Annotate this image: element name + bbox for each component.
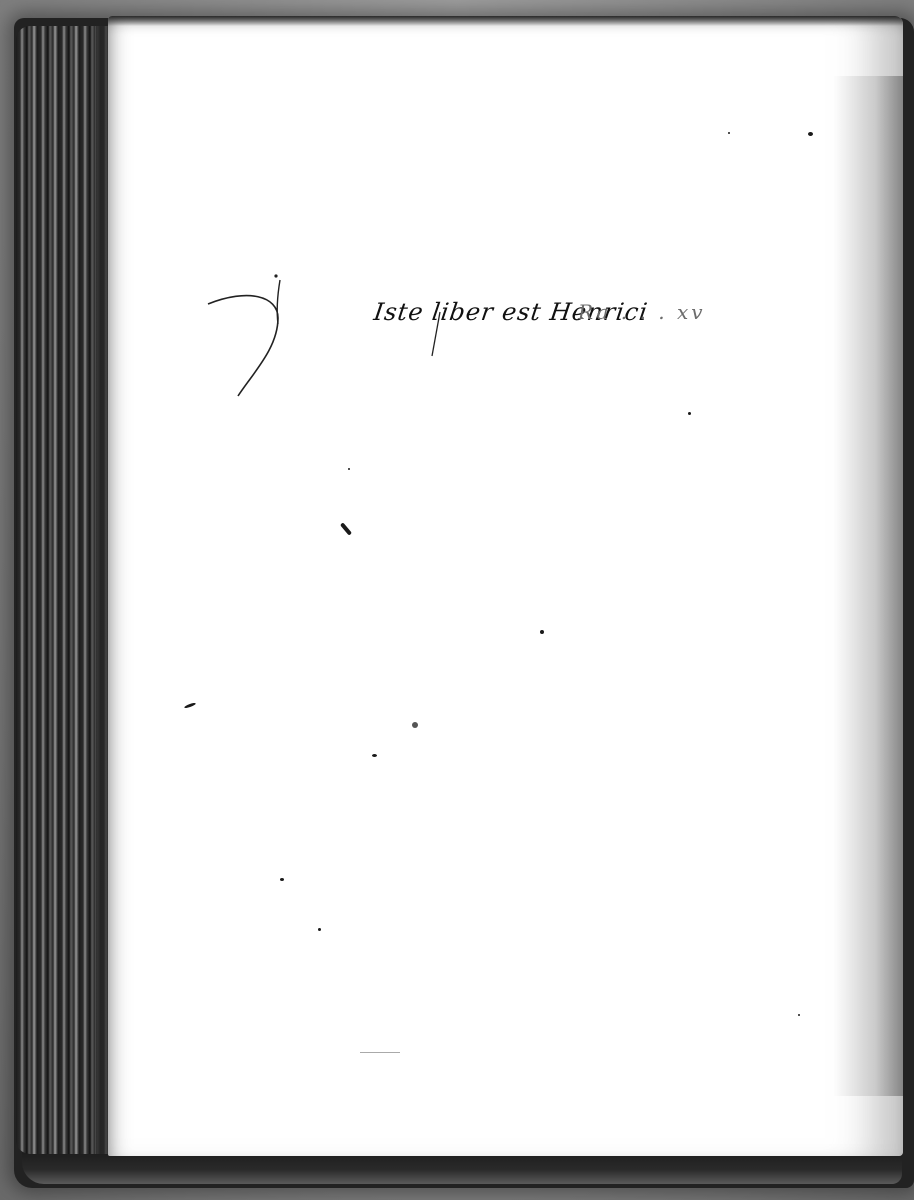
ink-speck bbox=[372, 754, 377, 757]
ink-speck bbox=[688, 412, 691, 415]
ink-speck bbox=[318, 928, 321, 931]
inscription-flourish-icon bbox=[208, 278, 768, 398]
leaf-right-discoloration bbox=[833, 76, 903, 1096]
ink-speck bbox=[728, 132, 730, 134]
inscription-faded-text: Ra . . . xv bbox=[578, 300, 706, 324]
page-block-fore-edge bbox=[16, 26, 116, 1154]
ink-speck bbox=[798, 1014, 800, 1016]
ink-speck bbox=[348, 468, 350, 470]
ink-speck bbox=[360, 1052, 400, 1053]
manuscript-leaf: Iste liber est Henrici Ra . . . xv bbox=[108, 16, 903, 1156]
ink-speck bbox=[808, 132, 813, 136]
ownership-inscription: Iste liber est Henrici Ra . . . xv bbox=[208, 278, 768, 398]
ink-speck bbox=[340, 522, 352, 535]
ink-speck bbox=[412, 722, 418, 728]
scan-scene: Iste liber est Henrici Ra . . . xv bbox=[0, 0, 914, 1200]
ink-speck bbox=[280, 878, 284, 881]
ink-speck bbox=[184, 702, 196, 709]
ink-speck bbox=[540, 630, 544, 634]
leaf-top-shadow bbox=[108, 16, 903, 26]
